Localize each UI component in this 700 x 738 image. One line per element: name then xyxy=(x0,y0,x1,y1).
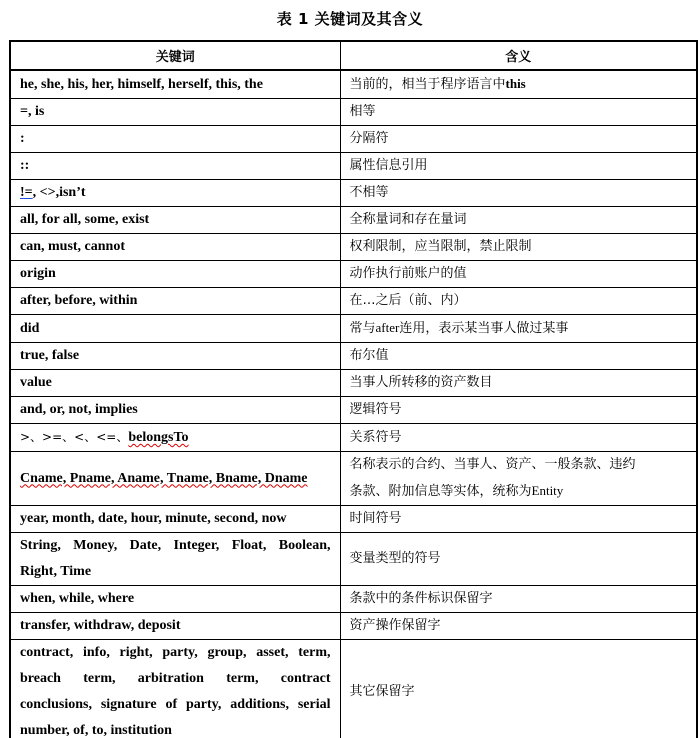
meaning-cell: 属性信息引用 xyxy=(340,153,697,180)
meaning-cell: 布尔值 xyxy=(340,343,697,370)
table-caption: 表 1 关键词及其含义 xyxy=(0,8,700,29)
meaning-cell: 分隔符 xyxy=(340,126,697,153)
table-row: all, for all, some, exist 全称量词和存在量词 xyxy=(10,207,697,234)
table-row: origin 动作执行前账户的值 xyxy=(10,261,697,288)
table-row: transfer, withdraw, deposit 资产操作保留字 xyxy=(10,613,697,640)
keyword-cell: all, for all, some, exist xyxy=(10,207,340,234)
meaning-latin: Entity xyxy=(532,483,564,498)
keyword-prefix: >、>=、<、<=、 xyxy=(20,430,128,444)
meaning-cell: 时间符号 xyxy=(340,506,697,533)
table-row: >、>=、<、<=、belongsTo 关系符号 xyxy=(10,424,697,452)
table-row: when, while, where 条款中的条件标识保留字 xyxy=(10,586,697,613)
keyword-table: 关键词 含义 he, she, his, her, himself, herse… xyxy=(9,40,698,738)
meaning-cell: 其它保留字 xyxy=(340,640,697,738)
header-meaning: 含义 xyxy=(340,41,697,70)
table-row: !=, <>,isn’t 不相等 xyxy=(10,180,697,207)
table-row: Cname, Pname, Aname, Tname, Bname, Dname… xyxy=(10,452,697,506)
header-keyword: 关键词 xyxy=(10,41,340,70)
keyword-rest: , <>,isn’t xyxy=(33,185,86,200)
table-row: can, must, cannot 权利限制，应当限制，禁止限制 xyxy=(10,234,697,261)
table-row: value 当事人所转移的资产数目 xyxy=(10,370,697,397)
meaning-text: 当前的，相当于程序语言中 xyxy=(350,77,506,92)
table-row: contract, info, right, party, group, ass… xyxy=(10,640,697,738)
table-row: did 常与after连用，表示某当事人做过某事 xyxy=(10,315,697,343)
keyword-marked: belongsTo xyxy=(128,430,188,445)
table-row: and, or, not, implies 逻辑符号 xyxy=(10,397,697,424)
keyword-cell: true, false xyxy=(10,343,340,370)
keyword-cell: : xyxy=(10,126,340,153)
meaning-text: 常与 xyxy=(350,321,376,336)
keyword-cell: value xyxy=(10,370,340,397)
keyword-line: breach term, arbitration term, contract xyxy=(20,666,331,692)
keyword-cell: after, before, within xyxy=(10,288,340,315)
meaning-line: 名称表示的合约、当事人、资产、一般条款、违约 xyxy=(350,452,688,478)
meaning-cell: 资产操作保留字 xyxy=(340,613,697,640)
keyword-cell: !=, <>,isn’t xyxy=(10,180,340,207)
meaning-cell: 当前的，相当于程序语言中this xyxy=(340,70,697,99)
keyword-line: String, Money, Date, Integer, Float, Boo… xyxy=(20,533,331,559)
keyword-cell: =, is xyxy=(10,99,340,126)
keyword-cell: when, while, where xyxy=(10,586,340,613)
meaning-cell: 在…之后（前、内） xyxy=(340,288,697,315)
meaning-cell: 变量类型的符号 xyxy=(340,533,697,586)
table-row: year, month, date, hour, minute, second,… xyxy=(10,506,697,533)
keyword-cell: he, she, his, her, himself, herself, thi… xyxy=(10,70,340,99)
keyword-cell: contract, info, right, party, group, ass… xyxy=(10,640,340,738)
meaning-cell: 不相等 xyxy=(340,180,697,207)
keyword-cell: can, must, cannot xyxy=(10,234,340,261)
meaning-cell: 常与after连用，表示某当事人做过某事 xyxy=(340,315,697,343)
meaning-latin: this xyxy=(506,76,526,91)
meaning-cell: 当事人所转移的资产数目 xyxy=(340,370,697,397)
keyword-cell: year, month, date, hour, minute, second,… xyxy=(10,506,340,533)
keyword-cell: origin xyxy=(10,261,340,288)
meaning-cell: 相等 xyxy=(340,99,697,126)
meaning-cell: 关系符号 xyxy=(340,424,697,452)
meaning-latin: after xyxy=(376,320,400,335)
keyword-marked: != xyxy=(20,185,33,200)
keyword-cell: transfer, withdraw, deposit xyxy=(10,613,340,640)
keyword-line: contract, info, right, party, group, ass… xyxy=(20,640,331,666)
table-row: true, false 布尔值 xyxy=(10,343,697,370)
meaning-cell: 权利限制，应当限制，禁止限制 xyxy=(340,234,697,261)
meaning-cell: 全称量词和存在量词 xyxy=(340,207,697,234)
meaning-text: 连用，表示某当事人做过某事 xyxy=(399,321,568,336)
keyword-cell: >、>=、<、<=、belongsTo xyxy=(10,424,340,452)
keyword-cell: Cname, Pname, Aname, Tname, Bname, Dname xyxy=(10,452,340,506)
keyword-line: number, of, to, institution xyxy=(20,718,331,738)
keyword-cell: String, Money, Date, Integer, Float, Boo… xyxy=(10,533,340,586)
keyword-cell: and, or, not, implies xyxy=(10,397,340,424)
keyword-line: Right, Time xyxy=(20,559,331,585)
keyword-cell: did xyxy=(10,315,340,343)
table-row: =, is 相等 xyxy=(10,99,697,126)
table-row: he, she, his, her, himself, herself, thi… xyxy=(10,70,697,99)
table-row: :: 属性信息引用 xyxy=(10,153,697,180)
table-row: : 分隔符 xyxy=(10,126,697,153)
meaning-cell: 名称表示的合约、当事人、资产、一般条款、违约条款、附加信息等实体，统称为Enti… xyxy=(340,452,697,506)
table-row: after, before, within 在…之后（前、内） xyxy=(10,288,697,315)
table-header-row: 关键词 含义 xyxy=(10,41,697,70)
meaning-cell: 逻辑符号 xyxy=(340,397,697,424)
meaning-cell: 动作执行前账户的值 xyxy=(340,261,697,288)
meaning-text: 条款、附加信息等实体，统称为 xyxy=(350,484,532,499)
keyword-cell: :: xyxy=(10,153,340,180)
keyword-line: conclusions, signature of party, additio… xyxy=(20,692,331,718)
table-row: String, Money, Date, Integer, Float, Boo… xyxy=(10,533,697,586)
meaning-line: 条款、附加信息等实体，统称为Entity xyxy=(350,478,688,505)
meaning-cell: 条款中的条件标识保留字 xyxy=(340,586,697,613)
keyword-marked: Cname, Pname, Aname, Tname, Bname, Dname xyxy=(20,471,308,486)
